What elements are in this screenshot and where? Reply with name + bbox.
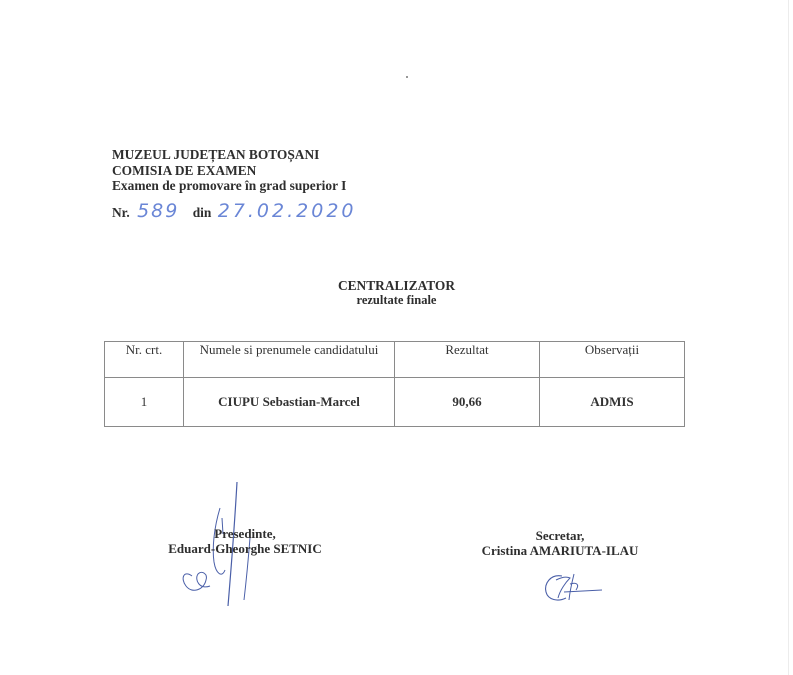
title-main: CENTRALIZATOR bbox=[0, 278, 793, 293]
president-role: Presedinte, bbox=[125, 526, 365, 541]
cell-candidate-name: CIUPU Sebastian-Marcel bbox=[184, 378, 395, 427]
column-header-nr: Nr. crt. bbox=[105, 342, 184, 378]
table-row: 1 CIUPU Sebastian-Marcel 90,66 ADMIS bbox=[105, 378, 685, 427]
page-edge bbox=[788, 0, 789, 675]
column-header-name: Numele si prenumele candidatului bbox=[184, 342, 395, 378]
registration-number: 589 bbox=[137, 200, 179, 222]
secretary-signature-block: Secretar, Cristina AMARIUTA-ILAU bbox=[460, 528, 660, 558]
scan-speck bbox=[406, 76, 408, 78]
title-subtitle: rezultate finale bbox=[0, 293, 793, 307]
cell-result: 90,66 bbox=[395, 378, 540, 427]
secretary-role: Secretar, bbox=[460, 528, 660, 543]
secretary-name: Cristina AMARIUTA-ILAU bbox=[460, 543, 660, 558]
column-header-result: Rezultat bbox=[395, 342, 540, 378]
results-table: Nr. crt. Numele si prenumele candidatulu… bbox=[104, 341, 685, 427]
nr-label: Nr. bbox=[112, 205, 130, 220]
president-signature-block: Presedinte, Eduard-Gheorghe SETNIC bbox=[125, 526, 365, 556]
institution-name: MUZEUL JUDEȚEAN BOTOȘANI bbox=[112, 147, 346, 163]
column-header-observations: Observații bbox=[540, 342, 685, 378]
registration-line: Nr. 589 din 27.02.2020 bbox=[112, 200, 357, 222]
cell-observation: ADMIS bbox=[540, 378, 685, 427]
cell-nr: 1 bbox=[105, 378, 184, 427]
document-header: MUZEUL JUDEȚEAN BOTOȘANI COMISIA DE EXAM… bbox=[112, 147, 346, 194]
commission-name: COMISIA DE EXAMEN bbox=[112, 163, 346, 179]
president-name: Eduard-Gheorghe SETNIC bbox=[125, 541, 365, 556]
date-label: din bbox=[193, 205, 212, 220]
registration-date: 27.02.2020 bbox=[218, 200, 357, 222]
document-title: CENTRALIZATOR rezultate finale bbox=[0, 278, 793, 307]
secretary-signature-icon bbox=[540, 570, 610, 606]
table-header-row: Nr. crt. Numele si prenumele candidatulu… bbox=[105, 342, 685, 378]
exam-title: Examen de promovare în grad superior I bbox=[112, 178, 346, 194]
